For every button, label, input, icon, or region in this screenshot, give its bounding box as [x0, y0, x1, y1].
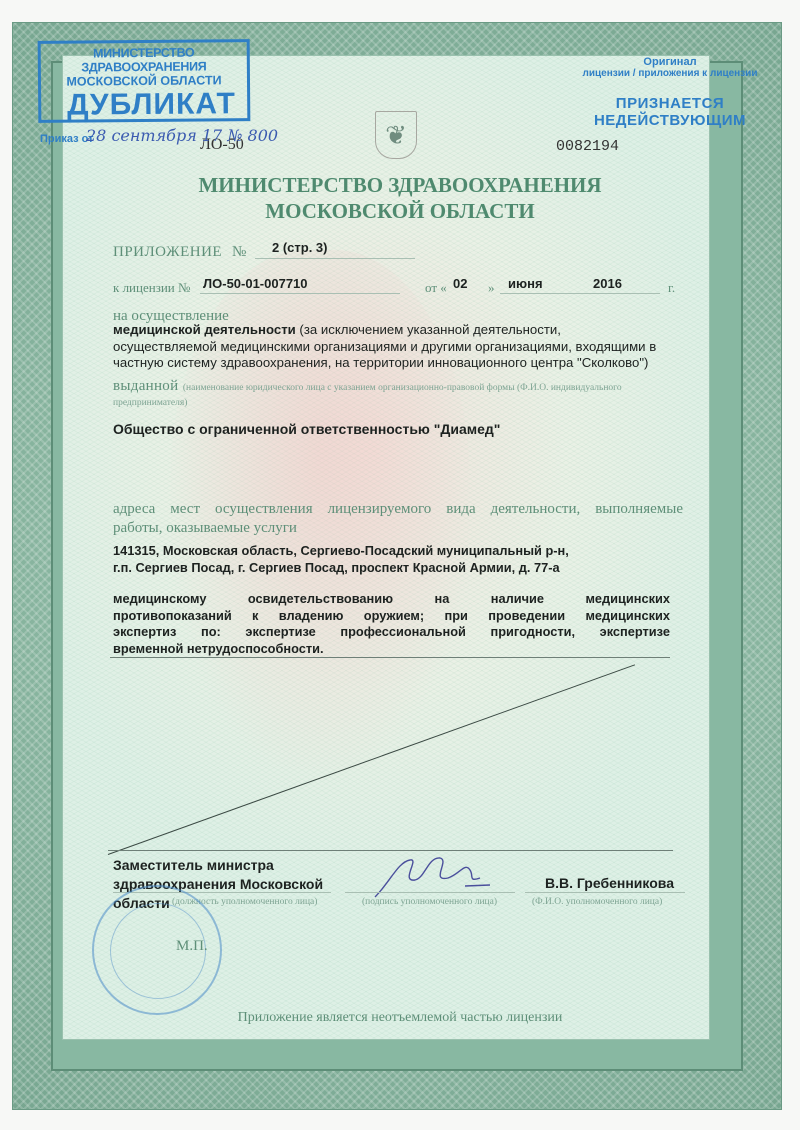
duplicate-stamp: МИНИСТЕРСТВО ЗДРАВООХРАНЕНИЯ МОСКОВСКОЙ … [38, 39, 251, 123]
appendix-number-sign: № [232, 244, 246, 261]
coat-of-arms-icon: ❦ [375, 111, 417, 159]
appendix-number: 2 (стр. 3) [272, 240, 328, 255]
name-hint: (Ф.И.О. уполномоченного лица) [532, 897, 662, 907]
seal-placeholder: М.П. [176, 938, 208, 955]
license-number-underline [200, 293, 400, 294]
signatory-position-line1: Заместитель министра [113, 856, 323, 875]
ministry-title: МИНИСТЕРСТВО ЗДРАВООХРАНЕНИЯ МОСКОВСКОЙ … [100, 172, 700, 224]
footer-note: Приложение является неотъемлемой частью … [200, 1010, 600, 1026]
address: 141315, Московская область, Сергиево-Пос… [113, 543, 683, 576]
signature-underline [345, 892, 515, 893]
licensee-name: Общество с ограниченной ответственностью… [113, 421, 500, 437]
services-line: экспертиз по: экспертизе профессионально… [113, 624, 670, 641]
license-year-suffix: г. [668, 280, 675, 296]
license-from-label: от « [425, 280, 447, 296]
original-stamp-line1: Оригинал [560, 56, 780, 68]
activity-line3: частную систему здравоохранения, на терр… [113, 355, 683, 372]
services: медицинскому освидетельствованию на нали… [113, 591, 670, 657]
activity-rest-line1: (за исключением указанной деятельности, [296, 322, 561, 337]
issued-hint-line1: (наименование юридического лица с указан… [183, 383, 622, 393]
services-line: противопоказаний к владению оружием; при… [113, 608, 670, 625]
name-underline [525, 892, 685, 893]
void-bottom-line [108, 850, 673, 851]
addresses-label-line1: адреса мест осуществления лицензируемого… [113, 500, 683, 519]
order-handwritten: 28 сентября 17 № 800 [86, 126, 278, 145]
issued-hint-line2: предпринимателя) [113, 398, 187, 408]
original-stamp-line3: ПРИЗНАЕТСЯ НЕДЕЙСТВУЮЩИМ [560, 95, 780, 129]
license-number: ЛО-50-01-007710 [203, 276, 308, 291]
ministry-title-line1: МИНИСТЕРСТВО ЗДРАВООХРАНЕНИЯ [100, 172, 700, 198]
activity-bold: медицинской деятельности [113, 322, 296, 337]
activity-line2: осуществляемой медицинскими организациям… [113, 339, 683, 356]
signature-icon [370, 852, 500, 902]
issued-block: выданной (наименование юридического лица… [113, 377, 683, 395]
license-day: 02 [453, 276, 467, 291]
services-end-line [110, 657, 670, 658]
signatory-name: В.В. Гребенникова [545, 875, 674, 891]
original-stamp-line2: лицензии / приложения к лицензии [560, 68, 780, 79]
license-month: июня [508, 276, 543, 291]
services-line-last: временной нетрудоспособности. [113, 641, 670, 658]
duplicate-stamp-title: ДУБЛИКАТ [41, 87, 247, 123]
ministry-title-line2: МОСКОВСКОЙ ОБЛАСТИ [100, 198, 700, 224]
appendix-label: ПРИЛОЖЕНИЕ [113, 244, 222, 261]
license-label: к лицензии № [113, 280, 190, 296]
appendix-underline [255, 258, 415, 259]
license-year: 2016 [593, 276, 622, 291]
signature-hint: (подпись уполномоченного лица) [362, 897, 497, 907]
activity-text: медицинской деятельности (за исключением… [113, 322, 683, 372]
duplicate-stamp-line1: МИНИСТЕРСТВО ЗДРАВООХРАНЕНИЯ [41, 45, 247, 75]
addresses-label: адреса мест осуществления лицензируемого… [113, 500, 683, 538]
license-date-underline [500, 293, 660, 294]
address-line2: г.п. Сергиев Посад, г. Сергиев Посад, пр… [113, 560, 683, 577]
license-quote-close: » [488, 280, 495, 296]
serial-number: 0082194 [556, 138, 619, 155]
original-invalid-stamp: Оригинал лицензии / приложения к лицензи… [560, 56, 780, 129]
issued-label: выданной [113, 378, 178, 394]
address-line1: 141315, Московская область, Сергиево-Пос… [113, 543, 683, 560]
addresses-label-line2: работы, оказываемые услуги [113, 519, 683, 538]
services-line: медицинскому освидетельствованию на нали… [113, 591, 670, 608]
